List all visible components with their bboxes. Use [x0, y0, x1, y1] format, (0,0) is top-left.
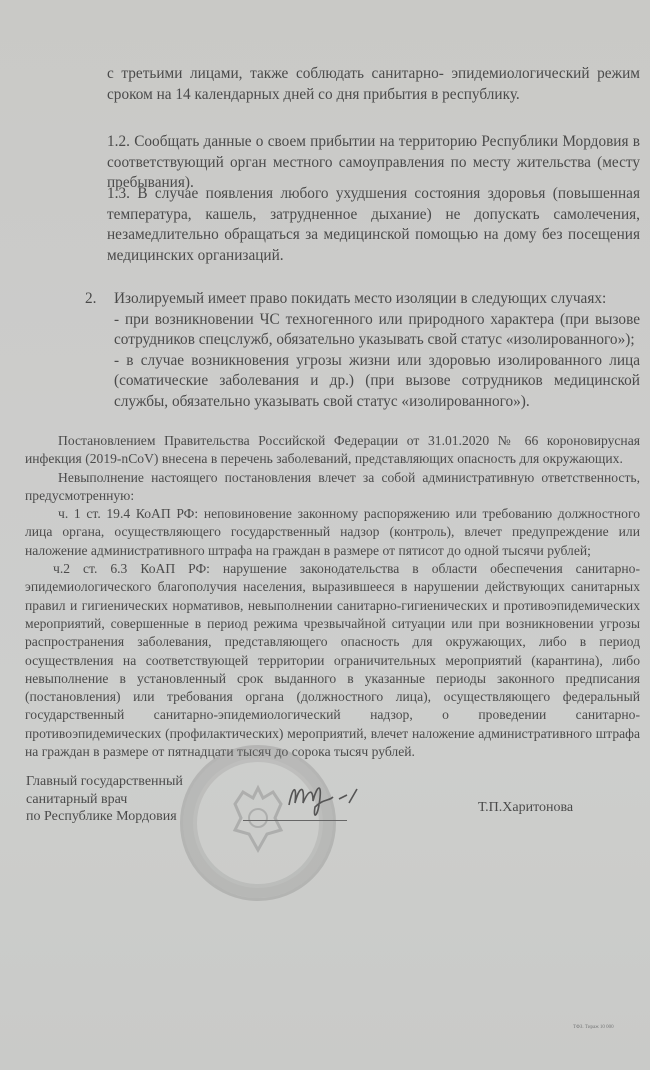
- paragraph-text: 1.3. В случае появления любого ухудшения…: [107, 184, 640, 266]
- item-heading: Изолируемый имеет право покидать место и…: [85, 289, 640, 310]
- signature-line: [243, 820, 347, 821]
- signatory-name: Т.П.Харитонова: [478, 800, 573, 816]
- item-number: 2.: [85, 289, 96, 310]
- item-bullet: - в случае возникновения угрозы жизни ил…: [85, 351, 640, 413]
- law-paragraph: ч. 1 ст. 19.4 КоАП РФ: неповиновение зак…: [25, 505, 640, 560]
- paragraph-1-1-continuation: с третьими лицами, также соблюдать санит…: [107, 64, 640, 105]
- item-2: 2. Изолируемый имеет право покидать мест…: [85, 289, 640, 412]
- document-page: с третьими лицами, также соблюдать санит…: [0, 0, 650, 1070]
- signatory-title-line: Главный государственный: [26, 773, 226, 791]
- legal-notice: Постановлением Правительства Российской …: [25, 432, 640, 761]
- paragraph-1-3: 1.3. В случае появления любого ухудшения…: [107, 184, 640, 266]
- signatory-title-line: по Республике Мордовия: [26, 808, 226, 826]
- law-paragraph: Постановлением Правительства Российской …: [25, 432, 640, 469]
- law-paragraph: ч.2 ст. 6.3 КоАП РФ: нарушение законодат…: [25, 560, 640, 761]
- signatory-title: Главный государственный санитарный врач …: [26, 773, 226, 826]
- coat-of-arms-icon: [225, 778, 291, 858]
- print-footer: ТФЗ. Тираж 10 000: [573, 1025, 614, 1030]
- handwritten-signature: [283, 775, 373, 823]
- paragraph-text: с третьими лицами, также соблюдать санит…: [107, 64, 640, 105]
- item-bullet: - при возникновении ЧС техногенного или …: [85, 310, 640, 351]
- law-paragraph: Невыполнение настоящего постановления вл…: [25, 469, 640, 506]
- signatory-title-line: санитарный врач: [26, 791, 226, 809]
